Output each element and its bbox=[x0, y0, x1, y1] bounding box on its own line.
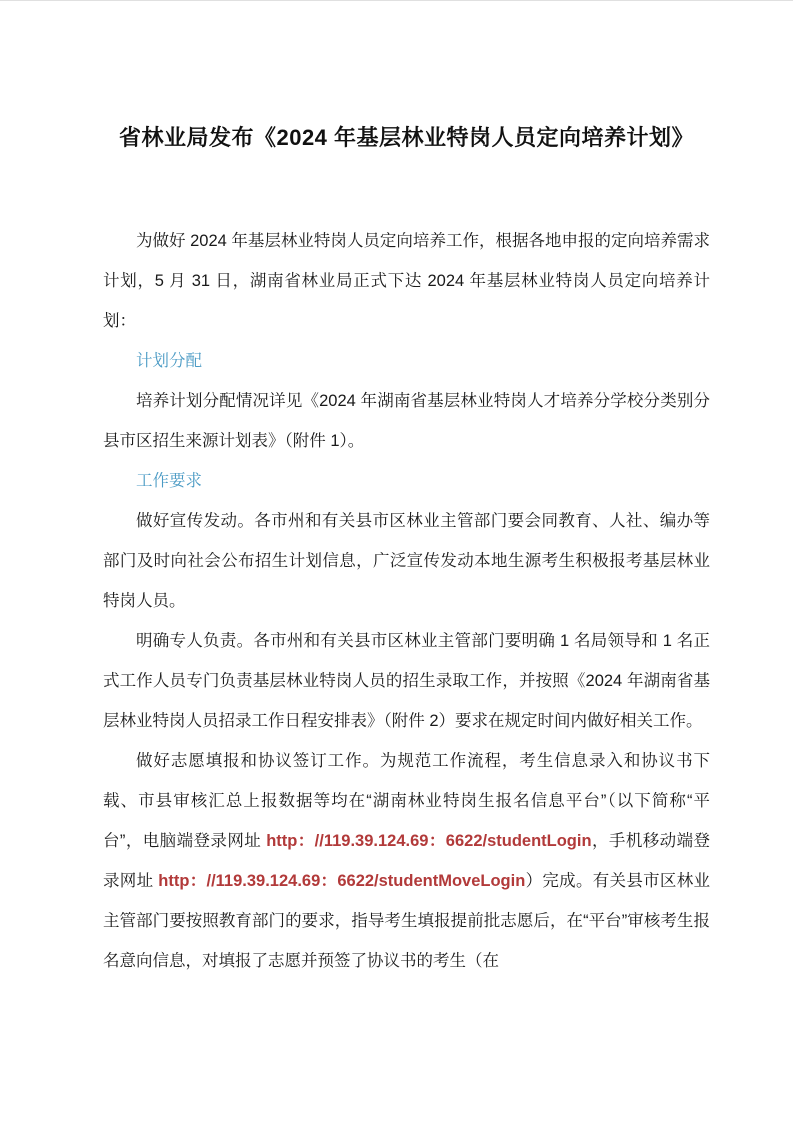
application-platform-paragraph: 做好志愿填报和协议签订工作。为规范工作流程，考生信息录入和协议书下载、市县审核汇… bbox=[103, 741, 710, 981]
section-heading-work-requirements: 工作要求 bbox=[103, 461, 710, 501]
mobile-login-url-link[interactable]: http：//119.39.124.69：6622/studentMoveLog… bbox=[158, 872, 525, 890]
publicity-paragraph: 做好宣传发动。各市州和有关县市区林业主管部门要会同教育、人社、编办等部门及时向社… bbox=[103, 501, 710, 621]
intro-paragraph: 为做好 2024 年基层林业特岗人员定向培养工作，根据各地申报的定向培养需求计划… bbox=[103, 221, 710, 341]
pc-login-url-link[interactable]: http：//119.39.124.69：6622/studentLogin bbox=[266, 832, 591, 850]
section-heading-plan-allocation: 计划分配 bbox=[103, 341, 710, 381]
document-page: 省林业局发布《2024 年基层林业特岗人员定向培养计划》 为做好 2024 年基… bbox=[0, 1, 793, 981]
plan-allocation-paragraph: 培养计划分配情况详见《2024 年湖南省基层林业特岗人才培养分学校分类别分县市区… bbox=[103, 381, 710, 461]
document-title: 省林业局发布《2024 年基层林业特岗人员定向培养计划》 bbox=[103, 121, 710, 155]
responsible-person-paragraph: 明确专人负责。各市州和有关县市区林业主管部门要明确 1 名局领导和 1 名正式工… bbox=[103, 621, 710, 741]
